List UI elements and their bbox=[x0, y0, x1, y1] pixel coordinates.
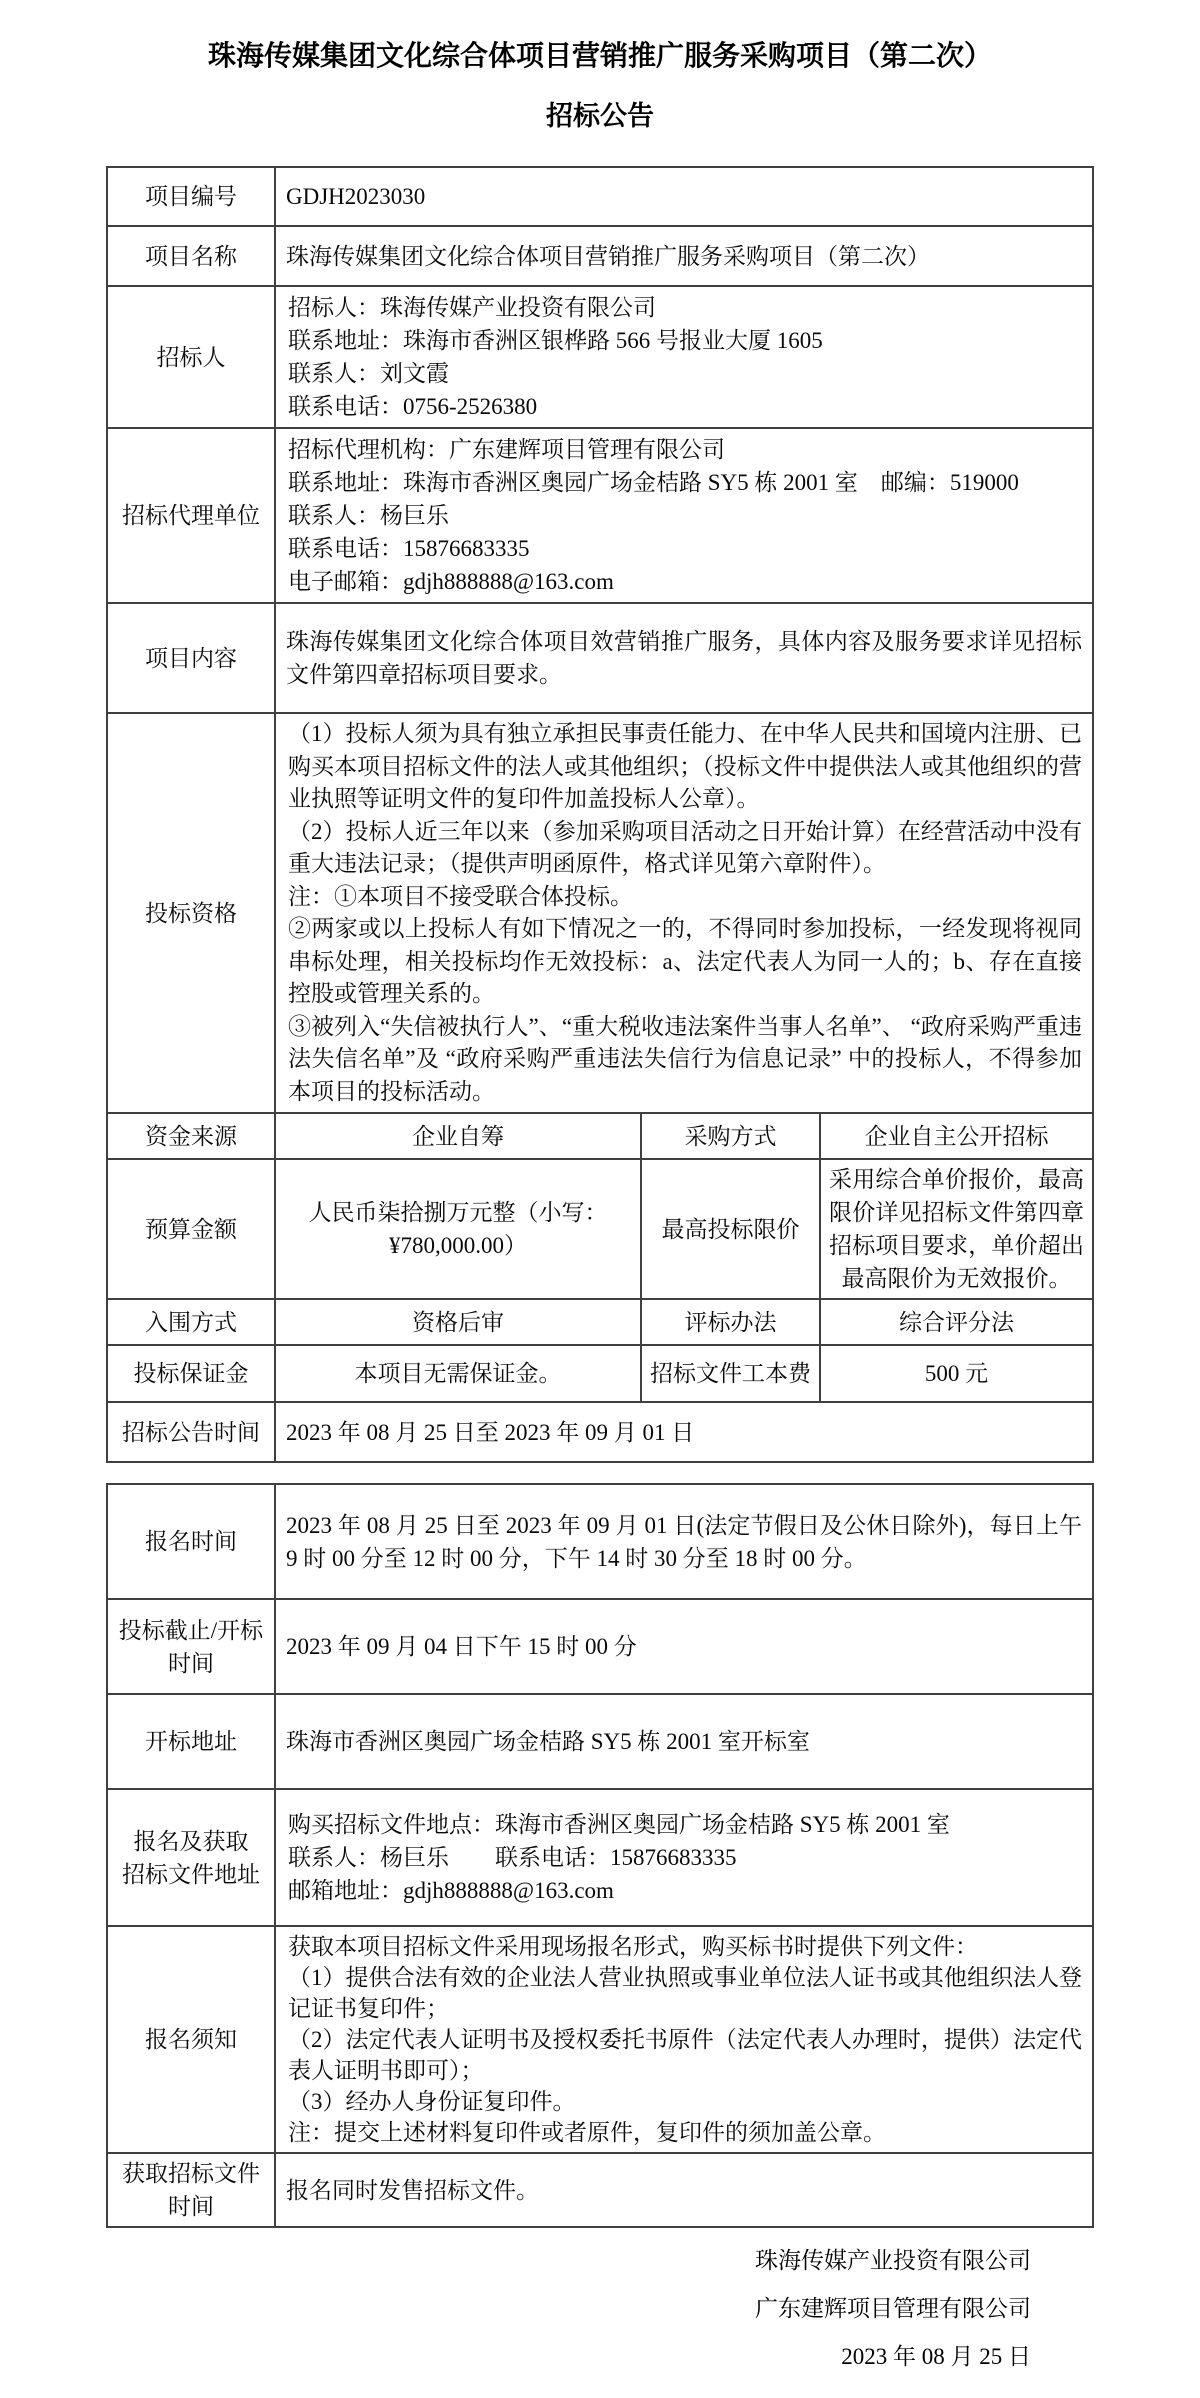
project-number-label: 项目编号 bbox=[107, 167, 275, 226]
signup-address-label: 报名及获取 招标文件地址 bbox=[107, 1789, 275, 1926]
procurement-method-label: 采购方式 bbox=[641, 1113, 820, 1159]
row-agency: 招标代理单位 招标代理机构：广东建辉项目管理有限公司 联系地址：珠海市香洲区奥园… bbox=[107, 428, 1093, 603]
project-name-label: 项目名称 bbox=[107, 226, 275, 286]
document-fee-label: 招标文件工本费 bbox=[641, 1345, 820, 1402]
signup-address-details: 购买招标文件地点：珠海市香洲区奥园广场金桔路 SY5 栋 2001 室 联系人：… bbox=[275, 1789, 1093, 1926]
evaluation-method-label: 评标办法 bbox=[641, 1299, 820, 1345]
project-name-value: 珠海传媒集团文化综合体项目营销推广服务采购项目（第二次） bbox=[275, 226, 1093, 286]
row-project-name: 项目名称 珠海传媒集团文化综合体项目营销推广服务采购项目（第二次） bbox=[107, 226, 1093, 286]
document-release-time-label: 获取招标文件 时间 bbox=[107, 2153, 275, 2227]
agency-email-line: 电子邮箱：gdjh888888@163.com bbox=[288, 565, 1082, 598]
row-tenderer: 招标人 招标人：珠海传媒产业投资有限公司 联系地址：珠海市香洲区银桦路 566 … bbox=[107, 286, 1093, 428]
shortlist-method-value: 资格后审 bbox=[275, 1299, 641, 1345]
notes-item-3: （3）经办人身份证复印件。 bbox=[288, 2086, 1082, 2117]
signature-block: 珠海传媒产业投资有限公司 广东建辉项目管理有限公司 2023 年 08 月 25… bbox=[0, 2246, 1200, 2372]
row-signup-notes: 报名须知 获取本项目招标文件采用现场报名形式，购买标书时提供下列文件： （1）提… bbox=[107, 1926, 1093, 2153]
bidder-qualification-label: 投标资格 bbox=[107, 713, 275, 1113]
qualification-note-1: 注：①本项目不接受联合体投标。 bbox=[288, 881, 1082, 914]
agency-name-line: 招标代理机构：广东建辉项目管理有限公司 bbox=[288, 433, 1082, 466]
qualification-paragraph-2: （2）投标人近三年以来（参加采购项目活动之日开始计算）在经营活动中没有重大违法记… bbox=[288, 816, 1082, 881]
row-signup-time: 报名时间 2023 年 08 月 25 日至 2023 年 09 月 01 日(… bbox=[107, 1484, 1093, 1599]
budget-amount-label: 预算金额 bbox=[107, 1159, 275, 1299]
tenderer-details: 招标人：珠海传媒产业投资有限公司 联系地址：珠海市香洲区银桦路 566 号报业大… bbox=[275, 286, 1093, 428]
qualification-paragraph-1: （1）投标人须为具有独立承担民事责任能力、在中华人民共和国境内注册、已购买本项目… bbox=[288, 718, 1082, 816]
tender-info-table: 项目编号 GDJH2023030 项目名称 珠海传媒集团文化综合体项目营销推广服… bbox=[106, 166, 1094, 1463]
tenderer-phone-line: 联系电话：0756-2526380 bbox=[288, 390, 1082, 423]
qualification-note-2: ②两家或以上投标人有如下情况之一的，不得同时参加投标，一经发现将视同串标处理，相… bbox=[288, 913, 1082, 1011]
signup-time-value: 2023 年 08 月 25 日至 2023 年 09 月 01 日(法定节假日… bbox=[275, 1484, 1093, 1599]
agency-contact-line: 联系人：杨巨乐 bbox=[288, 499, 1082, 532]
schedule-table: 报名时间 2023 年 08 月 25 日至 2023 年 09 月 01 日(… bbox=[106, 1483, 1094, 2228]
agency-label: 招标代理单位 bbox=[107, 428, 275, 603]
announcement-period-label: 招标公告时间 bbox=[107, 1402, 275, 1462]
bid-deposit-value: 本项目无需保证金。 bbox=[275, 1345, 641, 1402]
tenderer-address-line: 联系地址：珠海市香洲区银桦路 566 号报业大厦 1605 bbox=[288, 324, 1082, 357]
signup-notes-label: 报名须知 bbox=[107, 1926, 275, 2153]
notes-remark: 注：提交上述材料复印件或者原件，复印件的须加盖公章。 bbox=[288, 2117, 1082, 2148]
row-shortlist-evaluation: 入围方式 资格后审 评标办法 综合评分法 bbox=[107, 1299, 1093, 1345]
funding-source-value: 企业自筹 bbox=[275, 1113, 641, 1159]
row-funding-procurement: 资金来源 企业自筹 采购方式 企业自主公开招标 bbox=[107, 1113, 1093, 1159]
page-title: 珠海传媒集团文化综合体项目营销推广服务采购项目（第二次） bbox=[0, 38, 1200, 76]
row-signup-address: 报名及获取 招标文件地址 购买招标文件地点：珠海市香洲区奥园广场金桔路 SY5 … bbox=[107, 1789, 1093, 1926]
qualification-note-3: ③被列入“失信被执行人”、“重大税收违法案件当事人名单”、 “政府采购严重违法失… bbox=[288, 1011, 1082, 1109]
max-bid-price-label: 最高投标限价 bbox=[641, 1159, 820, 1299]
tenderer-name-line: 招标人：珠海传媒产业投资有限公司 bbox=[288, 291, 1082, 324]
announcement-period-value: 2023 年 08 月 25 日至 2023 年 09 月 01 日 bbox=[275, 1402, 1093, 1462]
signup-notes-text: 获取本项目招标文件采用现场报名形式，购买标书时提供下列文件： （1）提供合法有效… bbox=[275, 1926, 1093, 2153]
row-announcement-period: 招标公告时间 2023 年 08 月 25 日至 2023 年 09 月 01 … bbox=[107, 1402, 1093, 1462]
agency-address-line: 联系地址：珠海市香洲区奥园广场金桔路 SY5 栋 2001 室 邮编：51900… bbox=[288, 466, 1082, 499]
bid-deadline-value: 2023 年 09 月 04 日下午 15 时 00 分 bbox=[275, 1599, 1093, 1694]
notes-intro: 获取本项目招标文件采用现场报名形式，购买标书时提供下列文件： bbox=[288, 1931, 1082, 1962]
budget-amount-value: 人民币柒拾捌万元整（小写：¥780,000.00） bbox=[275, 1159, 641, 1299]
procurement-method-value: 企业自主公开招标 bbox=[820, 1113, 1093, 1159]
funding-source-label: 资金来源 bbox=[107, 1113, 275, 1159]
shortlist-method-label: 入围方式 bbox=[107, 1299, 275, 1345]
row-deposit-docfee: 投标保证金 本项目无需保证金。 招标文件工本费 500 元 bbox=[107, 1345, 1093, 1402]
row-bidder-qualification: 投标资格 （1）投标人须为具有独立承担民事责任能力、在中华人民共和国境内注册、已… bbox=[107, 713, 1093, 1113]
announcement-date: 2023 年 08 月 25 日 bbox=[0, 2342, 1200, 2372]
signup-time-label: 报名时间 bbox=[107, 1484, 275, 1599]
page-subtitle: 招标公告 bbox=[0, 98, 1200, 134]
tenderer-label: 招标人 bbox=[107, 286, 275, 428]
row-project-content: 项目内容 珠海传媒集团文化综合体项目效营销推广服务，具体内容及服务要求详见招标文… bbox=[107, 603, 1093, 713]
project-content-value: 珠海传媒集团文化综合体项目效营销推广服务，具体内容及服务要求详见招标文件第四章招… bbox=[275, 603, 1093, 713]
notes-item-2: （2）法定代表人证明书及授权委托书原件（法定代表人办理时，提供）法定代表人证明书… bbox=[288, 2024, 1082, 2086]
agency-phone-line: 联系电话：15876683335 bbox=[288, 532, 1082, 565]
row-bid-deadline: 投标截止/开标 时间 2023 年 09 月 04 日下午 15 时 00 分 bbox=[107, 1599, 1093, 1694]
project-content-label: 项目内容 bbox=[107, 603, 275, 713]
tender-announcement-document: 珠海传媒集团文化综合体项目营销推广服务采购项目（第二次） 招标公告 项目编号 G… bbox=[0, 0, 1200, 2372]
max-bid-price-value: 采用综合单价报价，最高限价详见招标文件第四章招标项目要求，单价超出最高限价为无效… bbox=[820, 1159, 1093, 1299]
signup-email-line: 邮箱地址：gdjh888888@163.com bbox=[288, 1874, 1082, 1907]
purchase-location-line: 购买招标文件地点：珠海市香洲区奥园广场金桔路 SY5 栋 2001 室 bbox=[288, 1808, 1082, 1841]
row-budget-pricecap: 预算金额 人民币柒拾捌万元整（小写：¥780,000.00） 最高投标限价 采用… bbox=[107, 1159, 1093, 1299]
bid-opening-address-label: 开标地址 bbox=[107, 1694, 275, 1789]
document-release-time-value: 报名同时发售招标文件。 bbox=[275, 2153, 1093, 2227]
row-bid-opening-address: 开标地址 珠海市香洲区奥园广场金桔路 SY5 栋 2001 室开标室 bbox=[107, 1694, 1093, 1789]
signup-contact-line: 联系人：杨巨乐 联系电话：15876683335 bbox=[288, 1841, 1082, 1874]
row-project-number: 项目编号 GDJH2023030 bbox=[107, 167, 1093, 226]
bid-opening-address-value: 珠海市香洲区奥园广场金桔路 SY5 栋 2001 室开标室 bbox=[275, 1694, 1093, 1789]
tenderer-contact-line: 联系人：刘文霞 bbox=[288, 357, 1082, 390]
bidder-qualification-text: （1）投标人须为具有独立承担民事责任能力、在中华人民共和国境内注册、已购买本项目… bbox=[275, 713, 1093, 1113]
row-document-release-time: 获取招标文件 时间 报名同时发售招标文件。 bbox=[107, 2153, 1093, 2227]
bid-deadline-label: 投标截止/开标 时间 bbox=[107, 1599, 275, 1694]
agency-signature: 广东建辉项目管理有限公司 bbox=[0, 2294, 1200, 2324]
document-fee-value: 500 元 bbox=[820, 1345, 1093, 1402]
project-number-value: GDJH2023030 bbox=[275, 167, 1093, 226]
notes-item-1: （1）提供合法有效的企业法人营业执照或事业单位法人证书或其他组织法人登记证书复印… bbox=[288, 1962, 1082, 2024]
tenderer-signature: 珠海传媒产业投资有限公司 bbox=[0, 2246, 1200, 2276]
agency-details: 招标代理机构：广东建辉项目管理有限公司 联系地址：珠海市香洲区奥园广场金桔路 S… bbox=[275, 428, 1093, 603]
bid-deposit-label: 投标保证金 bbox=[107, 1345, 275, 1402]
evaluation-method-value: 综合评分法 bbox=[820, 1299, 1093, 1345]
